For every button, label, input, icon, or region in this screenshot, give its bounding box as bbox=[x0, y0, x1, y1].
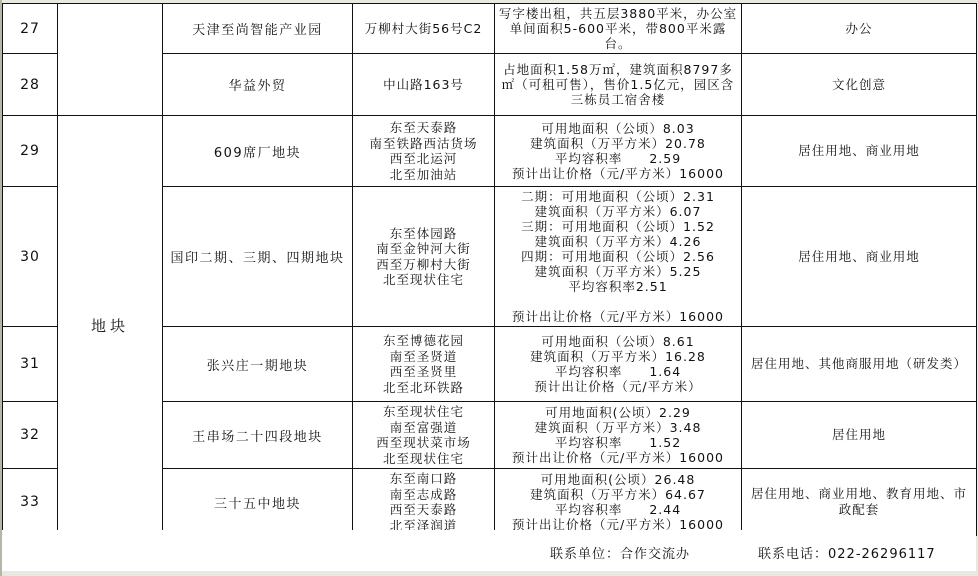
address-cell: 东至天泰路南至铁路西沽货场西至北运河北至加油站 bbox=[353, 116, 495, 187]
usage-cell: 居住用地、商业用地、教育用地、市政配套 bbox=[742, 469, 977, 536]
table-row: 27 天津至尚智能产业园 万柳村大街56号C2 写字楼出租，共五层3880平米，… bbox=[3, 4, 977, 54]
category-cell: 地块 bbox=[58, 116, 163, 536]
usage-cell: 居住用地 bbox=[742, 402, 977, 469]
usage-cell: 居住用地、商业用地 bbox=[742, 116, 977, 187]
parcel-name-cell: 天津至尚智能产业园 bbox=[163, 4, 353, 54]
address-cell: 东至现状住宅南至富强道西至现状菜市场北至现状住宅 bbox=[353, 402, 495, 469]
land-parcel-table: 27 天津至尚智能产业园 万柳村大街56号C2 写字楼出租，共五层3880平米，… bbox=[2, 3, 977, 536]
table-row: 29 地块 609席厂地块 东至天泰路南至铁路西沽货场西至北运河北至加油站 可用… bbox=[3, 116, 977, 187]
contact-phone-label: 联系电话：022-26296117 bbox=[758, 543, 936, 562]
address-cell: 东至博德花园南至圣贤道西至圣贤里北至北环铁路 bbox=[353, 327, 495, 402]
details-cell: 可用地面积(公顷）2.29建筑面积（万平方米）3.48平均容积率 1.52预计出… bbox=[495, 402, 742, 469]
row-number-cell: 31 bbox=[3, 327, 58, 402]
address-cell: 东至南口路南至志成路西至天泰路北至泽润道 bbox=[353, 469, 495, 536]
details-cell: 写字楼出租，共五层3880平米，办公室单间面积5-600平米，带800平米露台。 bbox=[495, 4, 742, 54]
category-cell-empty bbox=[58, 4, 163, 116]
usage-cell: 文化创意 bbox=[742, 54, 977, 116]
table-footer: 联系单位：合作交流办 联系电话：022-26296117 bbox=[2, 530, 976, 571]
usage-cell: 居住用地、商业用地 bbox=[742, 187, 977, 327]
usage-cell: 居住用地、其他商服用地（研发类） bbox=[742, 327, 977, 402]
row-number-cell: 27 bbox=[3, 4, 58, 54]
address-cell: 万柳村大街56号C2 bbox=[353, 4, 495, 54]
address-cell: 东至体园路南至金钟河大街西至万柳村大街北至现状住宅 bbox=[353, 187, 495, 327]
details-cell: 可用地面积(公顷）26.48建筑面积（万平方米）64.67平均容积率 2.44预… bbox=[495, 469, 742, 536]
parcel-name-cell: 华益外贸 bbox=[163, 54, 353, 116]
document-page: 27 天津至尚智能产业园 万柳村大街56号C2 写字楼出租，共五层3880平米，… bbox=[0, 0, 978, 576]
row-number-cell: 33 bbox=[3, 469, 58, 536]
contact-unit-label: 联系单位：合作交流办 bbox=[550, 543, 690, 562]
details-cell: 可用地面积（公顷）8.03建筑面积（万平方米）20.78平均容积率 2.59预计… bbox=[495, 116, 742, 187]
row-number-cell: 30 bbox=[3, 187, 58, 327]
details-cell: 占地面积1.58万㎡，建筑面积8797多㎡（可租可售），售价1.5亿元，园区含三… bbox=[495, 54, 742, 116]
parcel-name-cell: 国印二期、三期、四期地块 bbox=[163, 187, 353, 327]
row-number-cell: 28 bbox=[3, 54, 58, 116]
address-cell: 中山路163号 bbox=[353, 54, 495, 116]
usage-cell: 办公 bbox=[742, 4, 977, 54]
parcel-name-cell: 张兴庄一期地块 bbox=[163, 327, 353, 402]
row-number-cell: 29 bbox=[3, 116, 58, 187]
details-cell: 可用地面积（公顷）8.61建筑面积（万平方米）16.28平均容积率 1.64预计… bbox=[495, 327, 742, 402]
row-number-cell: 32 bbox=[3, 402, 58, 469]
parcel-name-cell: 三十五中地块 bbox=[163, 469, 353, 536]
parcel-name-cell: 王串场二十四段地块 bbox=[163, 402, 353, 469]
parcel-name-cell: 609席厂地块 bbox=[163, 116, 353, 187]
details-cell: 二期：可用地面积（公顷）2.31建筑面积（万平方米）6.07三期：可用地面积（公… bbox=[495, 187, 742, 327]
